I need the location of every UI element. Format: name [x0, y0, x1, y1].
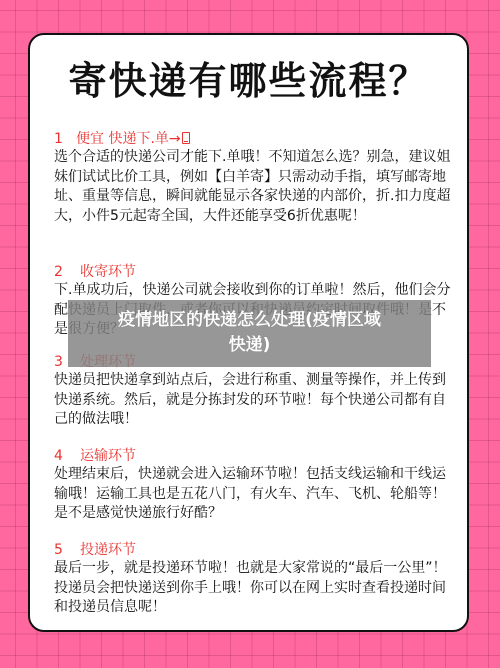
section-title: 运输环节	[80, 448, 136, 464]
section-heading: 4运输环节	[54, 447, 454, 465]
section-text: 处理结束后，快递就会进入运输环节啦！包括支线运输和干线运输哦！运输工具也是五花八…	[54, 465, 454, 524]
caption-line-2: 快递)	[68, 333, 431, 358]
phone-icon	[182, 132, 190, 144]
section-heading: 1便宜 快递下.单→	[54, 130, 454, 148]
section-number: 2	[54, 263, 80, 281]
page-title: 寄快递有哪些流程？	[30, 59, 467, 103]
section-1: 1便宜 快递下.单→ 选个合适的快递公司才能下.单哦！不知道怎么选？别急，建议姐…	[54, 130, 454, 226]
section-title: 收寄环节	[80, 264, 136, 280]
section-number: 1	[54, 130, 76, 148]
section-number: 5	[54, 541, 80, 559]
caption-line-1: 疫情地区的快递怎么处理(疫情区域	[68, 308, 431, 333]
section-heading: 5投递环节	[54, 541, 454, 559]
section-title: 投递环节	[80, 542, 136, 558]
section-text: 选个合适的快递公司才能下.单哦！不知道怎么选？别急，建议姐妹们试试比价工具，例如…	[54, 148, 454, 226]
section-text: 最后一步，就是投递环节啦！也就是大家常说的“最后一公里”！投递员会把快递送到你手…	[54, 559, 454, 618]
section-5: 5投递环节 最后一步，就是投递环节啦！也就是大家常说的“最后一公里”！投递员会把…	[54, 541, 454, 618]
section-title: 便宜 快递下.单→	[76, 131, 181, 147]
section-heading: 2收寄环节	[54, 263, 454, 281]
section-text: 快递员把快递拿到站点后，会进行称重、测量等操作，并上传到快递系统。然后，就是分拣…	[54, 371, 454, 430]
caption-overlay: 疫情地区的快递怎么处理(疫情区域 快递)	[68, 300, 431, 367]
section-number: 4	[54, 447, 80, 465]
section-4: 4运输环节 处理结束后，快递就会进入运输环节啦！包括支线运输和干线运输哦！运输工…	[54, 447, 454, 524]
